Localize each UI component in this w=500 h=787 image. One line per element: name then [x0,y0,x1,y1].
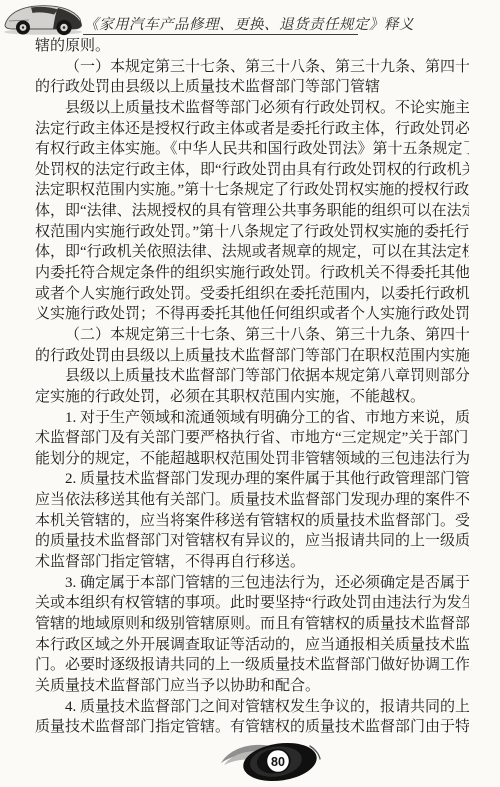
text-line: 法定职权范围内实施。”第十七条规定了行政处罚权实施的授权行政主 [35,180,469,201]
text-line: 本行政区域之外开展调查取证等活动的，应当通报相关质量技术监督部 [35,635,469,656]
text-line: 关或本组织有权管辖的事项。此时要坚持“行政处罚由违法行为发生地” [35,593,469,614]
book-title: 《家用汽车产品修理、更换、退货责任规定》释义 [84,13,360,34]
text-line: 能划分的规定，不能超越职权范围处罚非管辖领域的三包违法行为。 [35,449,469,470]
text-line: 的行政处罚由县级以上质量技术监督部门等部门管辖 [35,77,469,98]
text-line: 1. 对于生产领域和流通领域有明确分工的省、市地方来说，质量技 [35,408,469,429]
text-line: 4. 质量技术监督部门之间对管辖权发生争议的，报请共同的上一级 [35,697,469,718]
text-line: 术监督部门及有关部门要严格执行省、市地方“三定规定”关于部门职 [35,428,469,449]
text-line: （二）本规定第三十七条、第三十八条、第三十九条、第四十条规定 [35,325,469,346]
text-line: 的质量技术监督部门对管辖权有异议的，应当报请共同的上一级质量技 [35,531,469,552]
page-body-text: 辖的原则。（一）本规定第三十七条、第三十八条、第三十九条、第四十条规定的行政处罚… [35,36,469,738]
text-line: 门。必要时逐级报请共同的上一级质量技术监督部门做好协调工作。相 [35,655,469,676]
text-line: 术监督部门指定管辖，不得再自行移送。 [35,552,469,573]
text-line: 县级以上质量技术监督部门等部门依据本规定第八章罚则部分的规 [35,366,469,387]
text-line: 权范围内实施行政处罚。”第十八条规定了行政处罚权实施的委托行政主 [35,222,469,243]
text-line: 法定行政主体还是授权行政主体或者是委托行政主体，行政处罚必须由 [35,119,469,140]
text-line: 县级以上质量技术监督等部门必须有行政处罚权。不论实施主体是 [35,98,469,119]
text-line: 有权行政主体实施。《中华人民共和国行政处罚法》第十五条规定了行政 [35,139,469,160]
sports-car-icon [1,1,85,36]
text-line: 关质量技术监督部门应当予以协助和配合。 [35,676,469,697]
text-line: 的行政处罚由县级以上质量技术监督部门等部门在职权范围内实施 [35,346,469,367]
book-page: 《家用汽车产品修理、更换、退货责任规定》释义 辖的原则。（一）本规定第三十七条、… [0,0,500,787]
page-number: 80 [266,752,290,772]
text-line: 管辖的地域原则和级别管辖原则。而且有管辖权的质量技术监督部门在 [35,614,469,635]
text-line: 2. 质量技术监督部门发现办理的案件属于其他行政管理部门管辖的， [35,469,469,490]
text-line: 或者个人实施行政处罚。受委托组织在委托范围内，以委托行政机关名 [35,284,469,305]
text-line: （一）本规定第三十七条、第三十八条、第三十九条、第四十条规定 [35,57,469,78]
text-line: 义实施行政处罚；不得再委托其他任何组织或者个人实施行政处罚。” [35,304,469,325]
text-line: 定实施的行政处罚，必须在其职权范围内实施，不能越权。 [35,387,469,408]
text-line: 应当依法移送其他有关部门。质量技术监督部门发现办理的案件不属于 [35,490,469,511]
text-line: 体，即“法律、法规授权的具有管理公共事务职能的组织可以在法定授 [35,201,469,222]
text-line: 内委托符合规定条件的组织实施行政处罚。行政机关不得委托其他组织 [35,263,469,284]
text-line: 处罚权的法定行政主体，即“行政处罚由具有行政处罚权的行政机关在 [35,160,469,181]
title-underline [83,34,358,35]
text-line: 本机关管辖的，应当将案件移送有管辖权的质量技术监督部门。受移送 [35,511,469,532]
text-line: 体，即“行政机关依照法律、法规或者规章的规定，可以在其法定权限 [35,242,469,263]
text-line: 质量技术监督部门指定管辖。有管辖权的质量技术监督部门由于特殊原 [35,717,469,738]
text-line: 3. 确定属于本部门管辖的三包违法行为，还必须确定是否属于本机 [35,573,469,594]
text-line: 辖的原则。 [35,36,469,57]
